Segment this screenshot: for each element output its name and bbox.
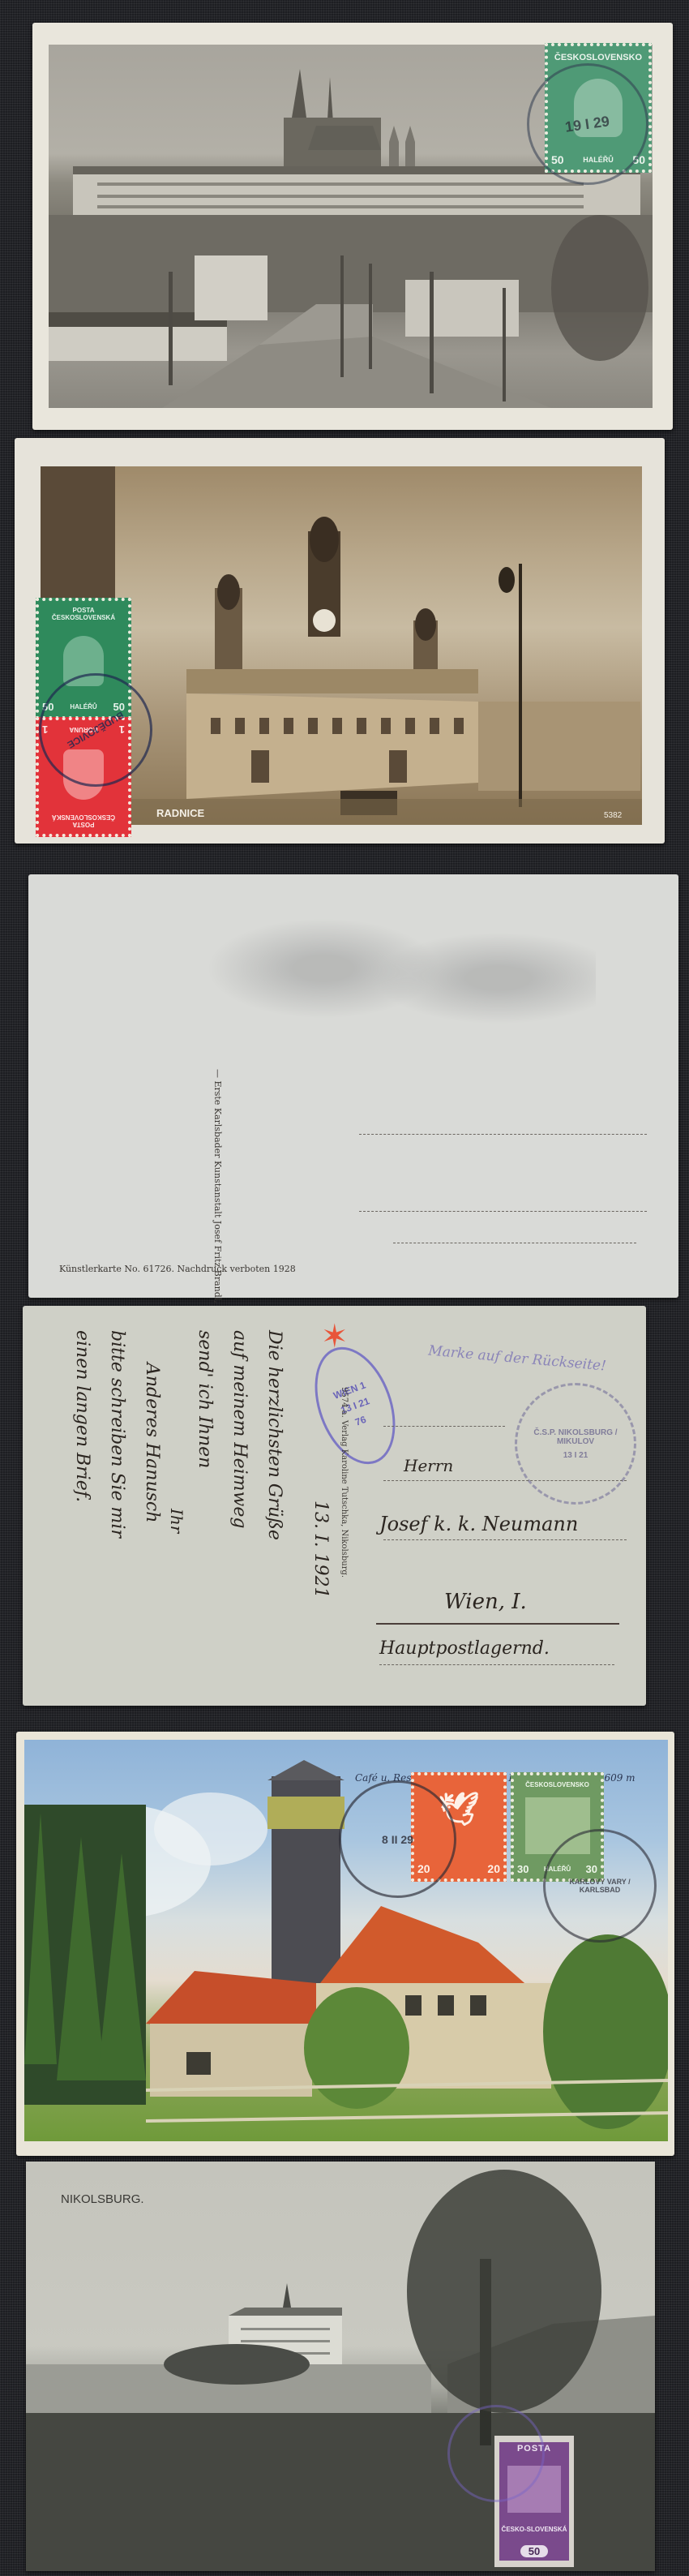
postmark-csp-date: 13 I 21 — [563, 1451, 588, 1460]
postmark-csp: Č.S.P. NIKOLSBURG / MIKULOV 13 I 21 — [515, 1383, 636, 1505]
postmark-budejovice: BUDĚJOVICE — [39, 673, 152, 787]
address-line-5 — [393, 1243, 636, 1243]
postmark-wien-code: 76 — [353, 1414, 367, 1428]
note-return-address: Marke auf der Rückseite! — [428, 1342, 607, 1374]
address-line-2 — [359, 1211, 647, 1212]
address-poste-restante: Hauptpostlagernd. — [379, 1638, 550, 1659]
message-line: Anderes Hanusch — [142, 1363, 162, 1711]
address-name: Josef k. k. Neumann — [379, 1513, 578, 1535]
photo-caption: NIKOLSBURG. — [61, 2192, 144, 2206]
photo-number: 5382 — [604, 811, 622, 820]
message-line: bitte schreiben Sie mir — [107, 1330, 127, 1679]
footer-imprint: Künstlerkarte No. 61726. Nachdruck verbo… — [59, 1264, 296, 1274]
postcard-back-karlsbad[interactable]: — Erste Karlsbader Kunstanstalt Josef Fr… — [28, 874, 678, 1298]
postcard-nikolsburg[interactable]: NIKOLSBURG. POSTA ČESKO-SLOVENSKÁ 50 — [26, 2162, 655, 2571]
postcard-aberg[interactable]: Café u. Restaurant ABERG bei Karlsbad. S… — [16, 1732, 674, 2156]
postmark-karlovy-vary-2: KARLOVY VARY / KARLSBAD — [543, 1829, 657, 1943]
stamp-country: ČESKO-SLOVENSKÁ — [502, 2526, 567, 2533]
postmark-text: BUDĚJOVICE — [66, 709, 126, 750]
postcard-back-nikolsburg[interactable]: ✶ WIEN 1 13 I 21 76 Č.S.P. NIKOLSBURG / … — [23, 1306, 646, 1706]
ghost-print — [207, 891, 596, 1085]
postmark-date: 8 II 29 — [382, 1833, 413, 1846]
stamp-value-right: 20 — [487, 1862, 500, 1875]
stamp-country: ČESKOSLOVENSKO — [554, 53, 642, 62]
stamp-country: ČESKOSLOVENSKO — [525, 1781, 589, 1788]
address-line-city — [376, 1623, 619, 1625]
postmark-violet — [447, 2405, 545, 2502]
address-line-1 — [383, 1426, 505, 1427]
stamp-country: POSTA ČESKOSLOVENSKÁ — [42, 607, 125, 621]
postcard-prague[interactable]: ČESKOSLOVENSKO 50 HALÉŘŮ 50 19 I 29 — [32, 23, 673, 430]
address-line-1 — [359, 1134, 647, 1135]
address-salutation: Herrn — [404, 1456, 453, 1475]
stamp-value: 50 — [520, 2545, 548, 2557]
stamp-value-left: 30 — [517, 1863, 529, 1875]
photo-caption: RADNICE — [156, 807, 204, 819]
stamp-country: POSTA ČESKOSLOVENSKÁ — [42, 814, 125, 828]
message-line: einen langen Brief. — [72, 1330, 92, 1679]
address-city: Wien, I. — [444, 1590, 527, 1614]
postmark-text: KARLOVY VARY / KARLSBAD — [559, 1878, 640, 1894]
message-line: auf meinem Heimweg — [229, 1330, 250, 1679]
handwritten-message: 13. I. 1921 Die herzlichsten Grüße auf m… — [72, 1330, 323, 1679]
address-line-3 — [383, 1539, 627, 1540]
address-line-4 — [379, 1664, 614, 1665]
postmark-date: 19 I 29 — [564, 113, 610, 135]
message-line: Die herzlichsten Grüße — [264, 1330, 285, 1679]
postmark-circle: 19 I 29 — [527, 63, 648, 185]
publisher-imprint: 9574 a. Verlag Karoline Tutschka, Nikols… — [340, 1387, 349, 1578]
postmark-karlovy-vary-1: 8 II 29 — [339, 1780, 456, 1898]
postcard-radnice[interactable]: RADNICE 5382 POSTA ČESKOSLOVENSKÁ 50 HAL… — [15, 438, 665, 844]
address-line-2 — [383, 1480, 627, 1481]
message-line: send' ich Ihnen — [195, 1330, 215, 1679]
postmark-csp-text: Č.S.P. NIKOLSBURG / MIKULOV — [531, 1428, 620, 1446]
